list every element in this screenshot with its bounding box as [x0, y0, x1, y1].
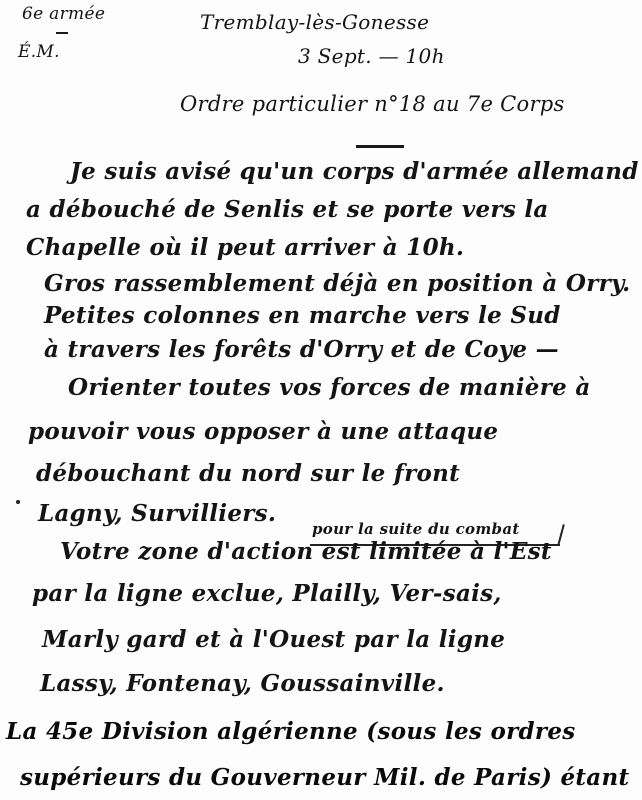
insertion-caret [557, 524, 565, 546]
insertion-text: pour la suite du combat [312, 520, 520, 538]
body-line-2: a débouché de Senlis et se porte vers la [26, 196, 549, 223]
margin-unit: 6e armée [22, 4, 105, 24]
body-line-14: Lassy, Fontenay, Goussainville. [40, 670, 445, 697]
date-time: 3 Sept. — 10h [298, 44, 445, 68]
body-line-12: par la ligne exclue, Plailly, Ver-sais, [32, 580, 502, 607]
body-line-8: pouvoir vous opposer à une attaque [28, 418, 498, 445]
body-line-10: Lagny, Survilliers. [38, 500, 276, 527]
scanned-page: 6e armée É.M. Tremblay-lès-Gonesse 3 Sep… [0, 0, 642, 800]
margin-underline [56, 32, 68, 34]
body-line-4: Gros rassemblement déjà en position à Or… [44, 270, 630, 297]
body-line-9: débouchant du nord sur le front [36, 460, 460, 487]
body-line-5: Petites colonnes en marche vers le Sud [44, 302, 561, 329]
body-line-11: Votre zone d'action est limitée à l'Est [60, 538, 552, 565]
order-title: Ordre particulier n°18 au 7e Corps [180, 92, 565, 116]
place: Tremblay-lès-Gonesse [200, 10, 429, 34]
body-line-1: Je suis avisé qu'un corps d'armée allema… [70, 158, 639, 185]
title-separator [356, 145, 404, 148]
body-line-13: Marly gard et à l'Ouest par la ligne [42, 626, 505, 653]
margin-staff: É.M. [18, 42, 60, 62]
body-line-16: supérieurs du Gouverneur Mil. de Paris) … [20, 764, 629, 791]
margin-dot [16, 500, 20, 504]
body-line-3: Chapelle où il peut arriver à 10h. [26, 234, 464, 261]
body-line-15: La 45e Division algérienne (sous les ord… [6, 718, 576, 745]
body-line-6: à travers les forêts d'Orry et de Coye — [44, 336, 559, 363]
body-line-7: Orienter toutes vos forces de manière à [68, 374, 591, 401]
